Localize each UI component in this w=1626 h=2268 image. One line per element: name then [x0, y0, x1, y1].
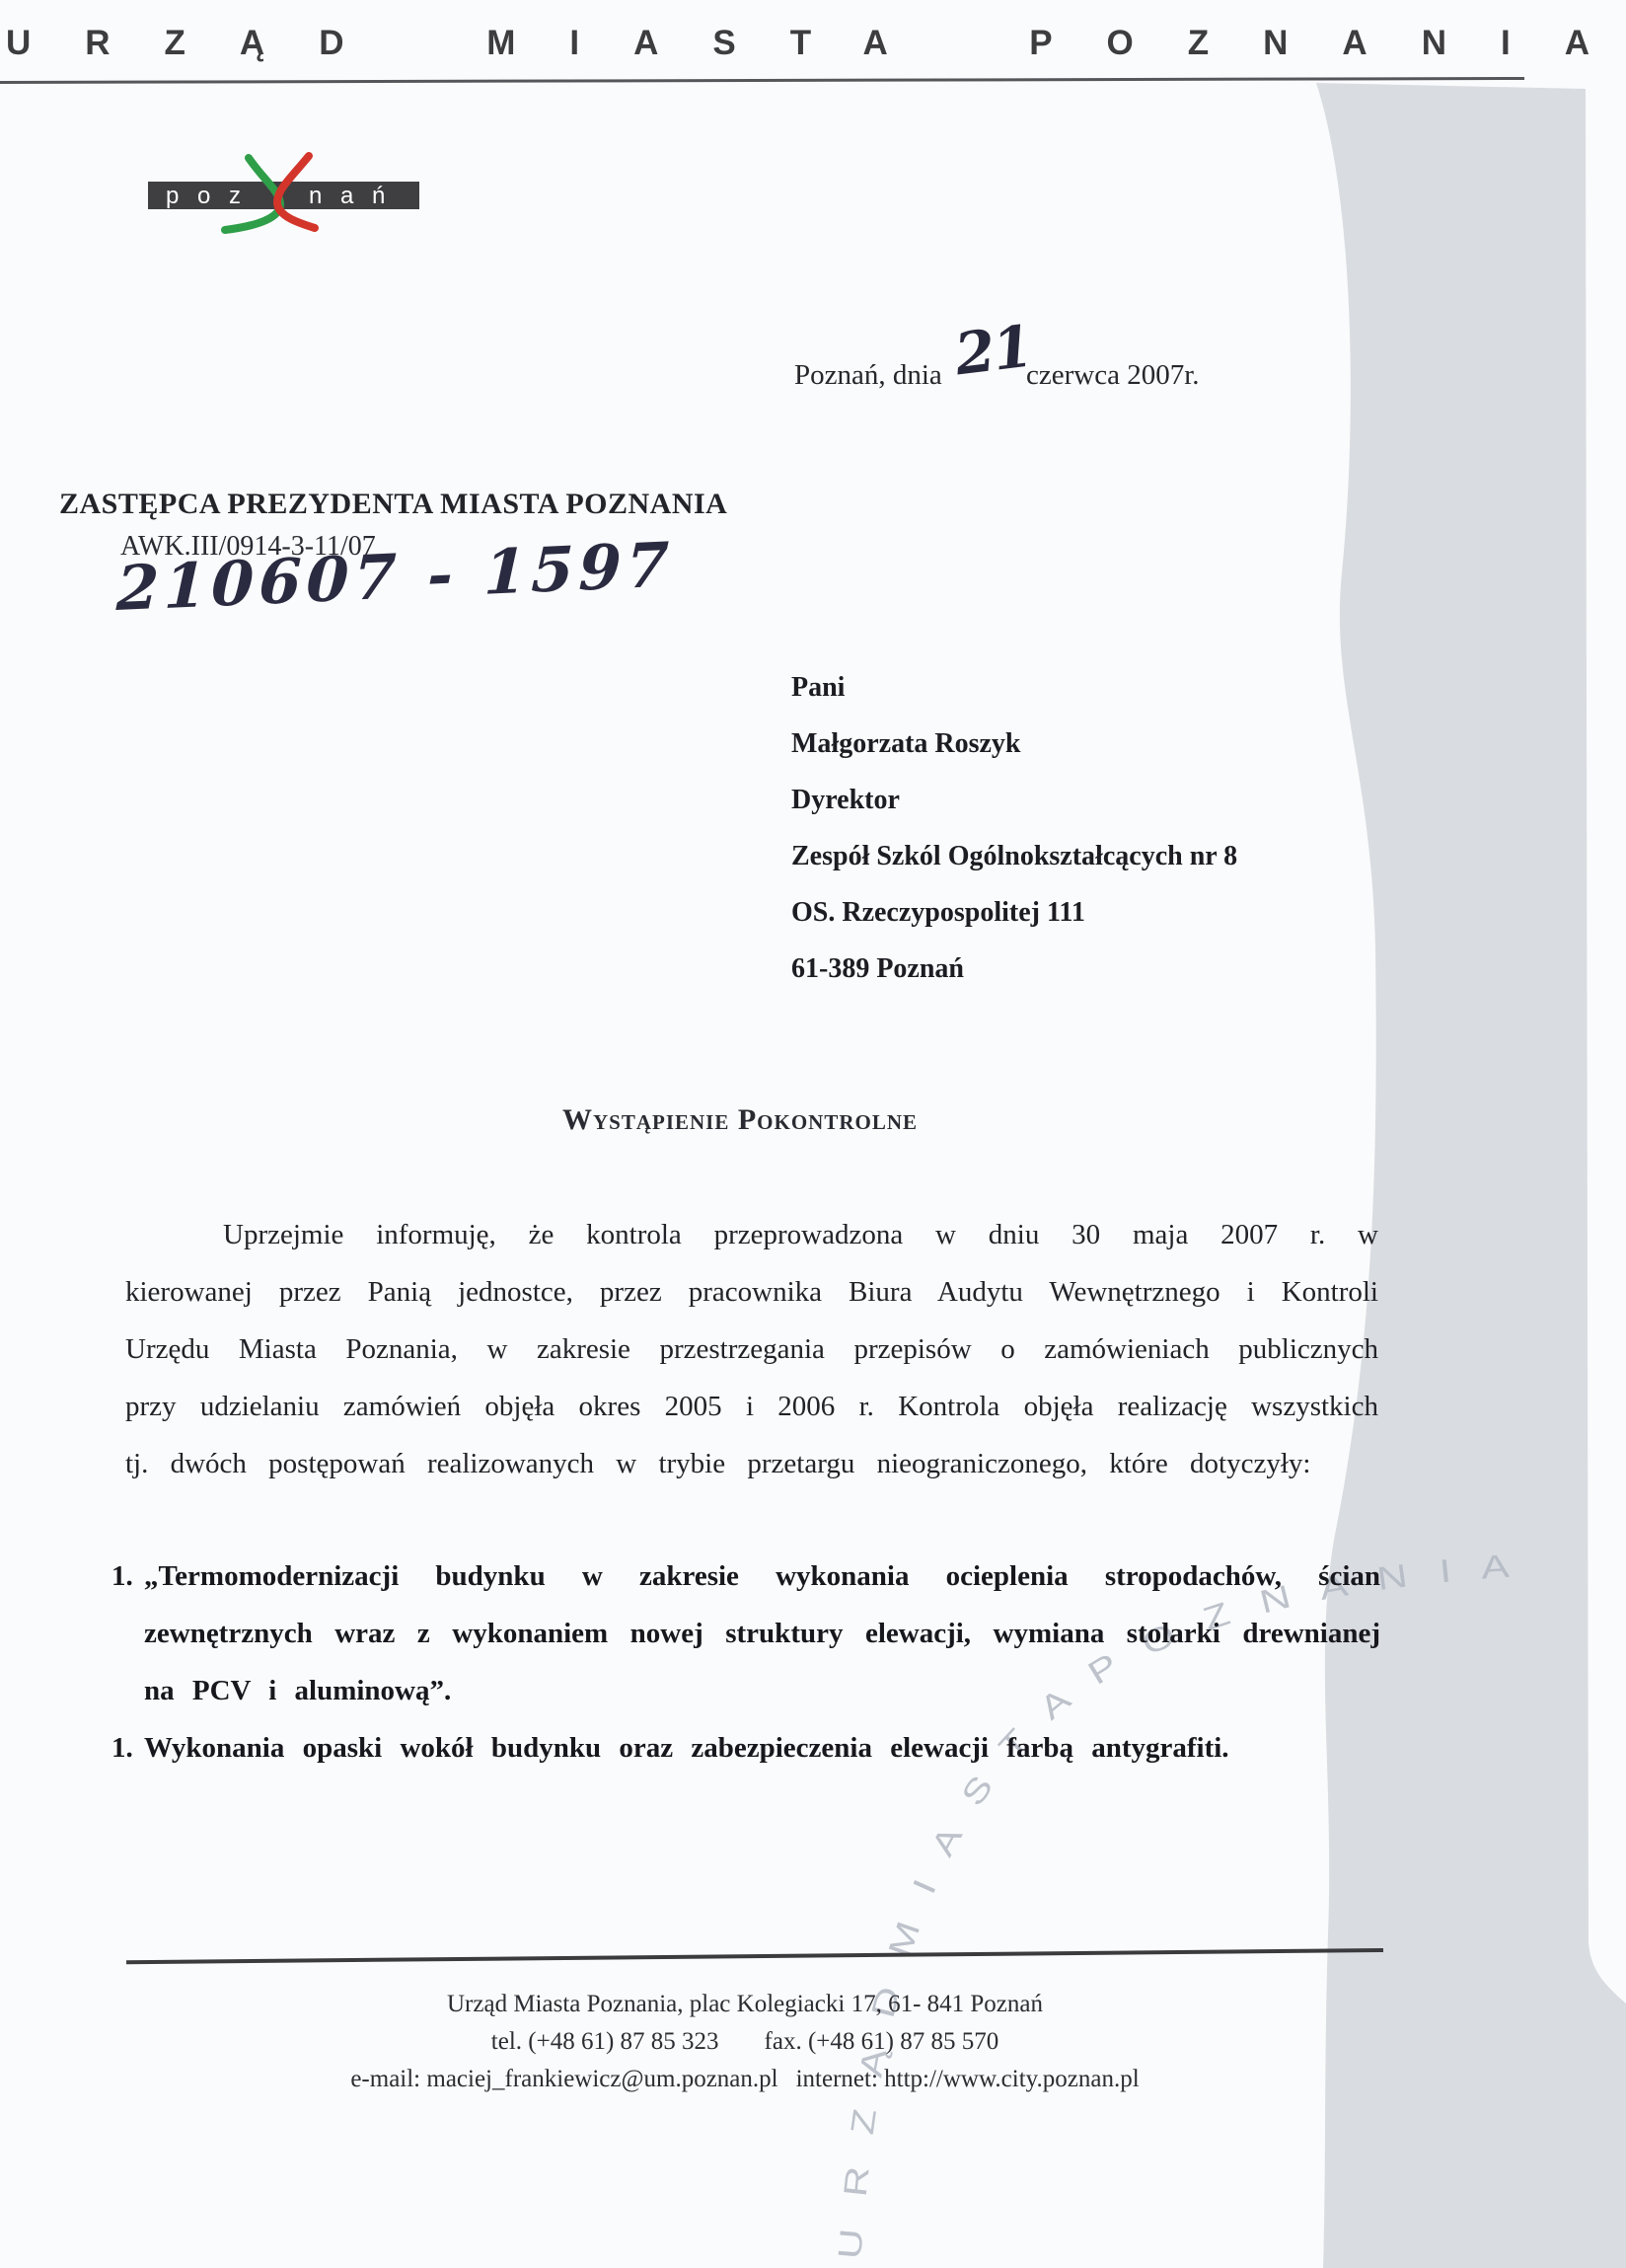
recipient-line-name: Małgorzata Roszyk — [791, 716, 1237, 772]
item-text: Wykonania opaski wokół budynku oraz zabe… — [144, 1732, 1229, 1764]
item-number: 1. — [111, 1719, 133, 1777]
footer-contact-line: e-mail: maciej_frankiewicz@um.poznan.pli… — [153, 2061, 1337, 2098]
findings-list: 1. „Termomodernizacji budynku w zakresie… — [111, 1548, 1380, 1777]
document-title: Wystąpienie Pokontrolne — [395, 1103, 1085, 1137]
footer-address: Urząd Miasta Poznania, plac Kolegiacki 1… — [153, 1986, 1337, 2023]
sender-title: ZASTĘPCA PREZYDENTA MIASTA POZNANIA — [59, 488, 727, 521]
date-prefix: Poznań, dnia — [794, 359, 942, 392]
letterhead-title: URZĄD MIASTA POZNANIA — [6, 24, 1626, 63]
recipient-line-role: Dyrektor — [791, 772, 1237, 828]
body-paragraph: Uprzejmie informuję, że kontrola przepro… — [125, 1206, 1378, 1492]
logo-text-left: p o z — [166, 183, 247, 209]
recipient-line-street: OS. Rzeczypospolitej 111 — [791, 884, 1237, 941]
footer-phone-line: tel. (+48 61) 87 85 323fax. (+48 61) 87 … — [153, 2023, 1337, 2061]
footer-block: Urząd Miasta Poznania, plac Kolegiacki 1… — [153, 1986, 1337, 2098]
list-item: 1. „Termomodernizacji budynku w zakresie… — [111, 1548, 1380, 1719]
item-text: „Termomodernizacji budynku w zakresie wy… — [144, 1560, 1380, 1706]
footer-tel: tel. (+48 61) 87 85 323 — [491, 2028, 719, 2055]
poznan-logo: p o z n a ń — [99, 138, 493, 257]
recipient-line-institution: Zespół Szkól Ogólnokształcących nr 8 — [791, 828, 1237, 884]
footer-rule — [126, 1948, 1383, 1964]
item-number: 1. — [111, 1548, 133, 1605]
page-edge-shadow-shape — [1316, 83, 1626, 2268]
handwritten-day: 21 — [952, 318, 1034, 384]
recipient-block: Pani Małgorzata Roszyk Dyrektor Zespół S… — [791, 659, 1237, 997]
scanned-letter-page: U R Z Ą D M I A S T A P O Z N A N I A UR… — [0, 0, 1626, 2268]
footer-email: e-mail: maciej_frankiewicz@um.poznan.pl — [350, 2066, 777, 2092]
list-item: 1. Wykonania opaski wokół budynku oraz z… — [111, 1719, 1380, 1777]
logo-text-right: n a ń — [309, 183, 391, 209]
footer-internet: internet: http://www.city.poznan.pl — [796, 2066, 1140, 2092]
recipient-line-city: 61-389 Poznań — [791, 941, 1237, 997]
recipient-line-salutation: Pani — [791, 659, 1237, 716]
letterhead-rule — [0, 77, 1524, 84]
date-suffix: czerwca 2007r. — [1026, 359, 1200, 392]
footer-fax: fax. (+48 61) 87 85 570 — [765, 2028, 999, 2055]
